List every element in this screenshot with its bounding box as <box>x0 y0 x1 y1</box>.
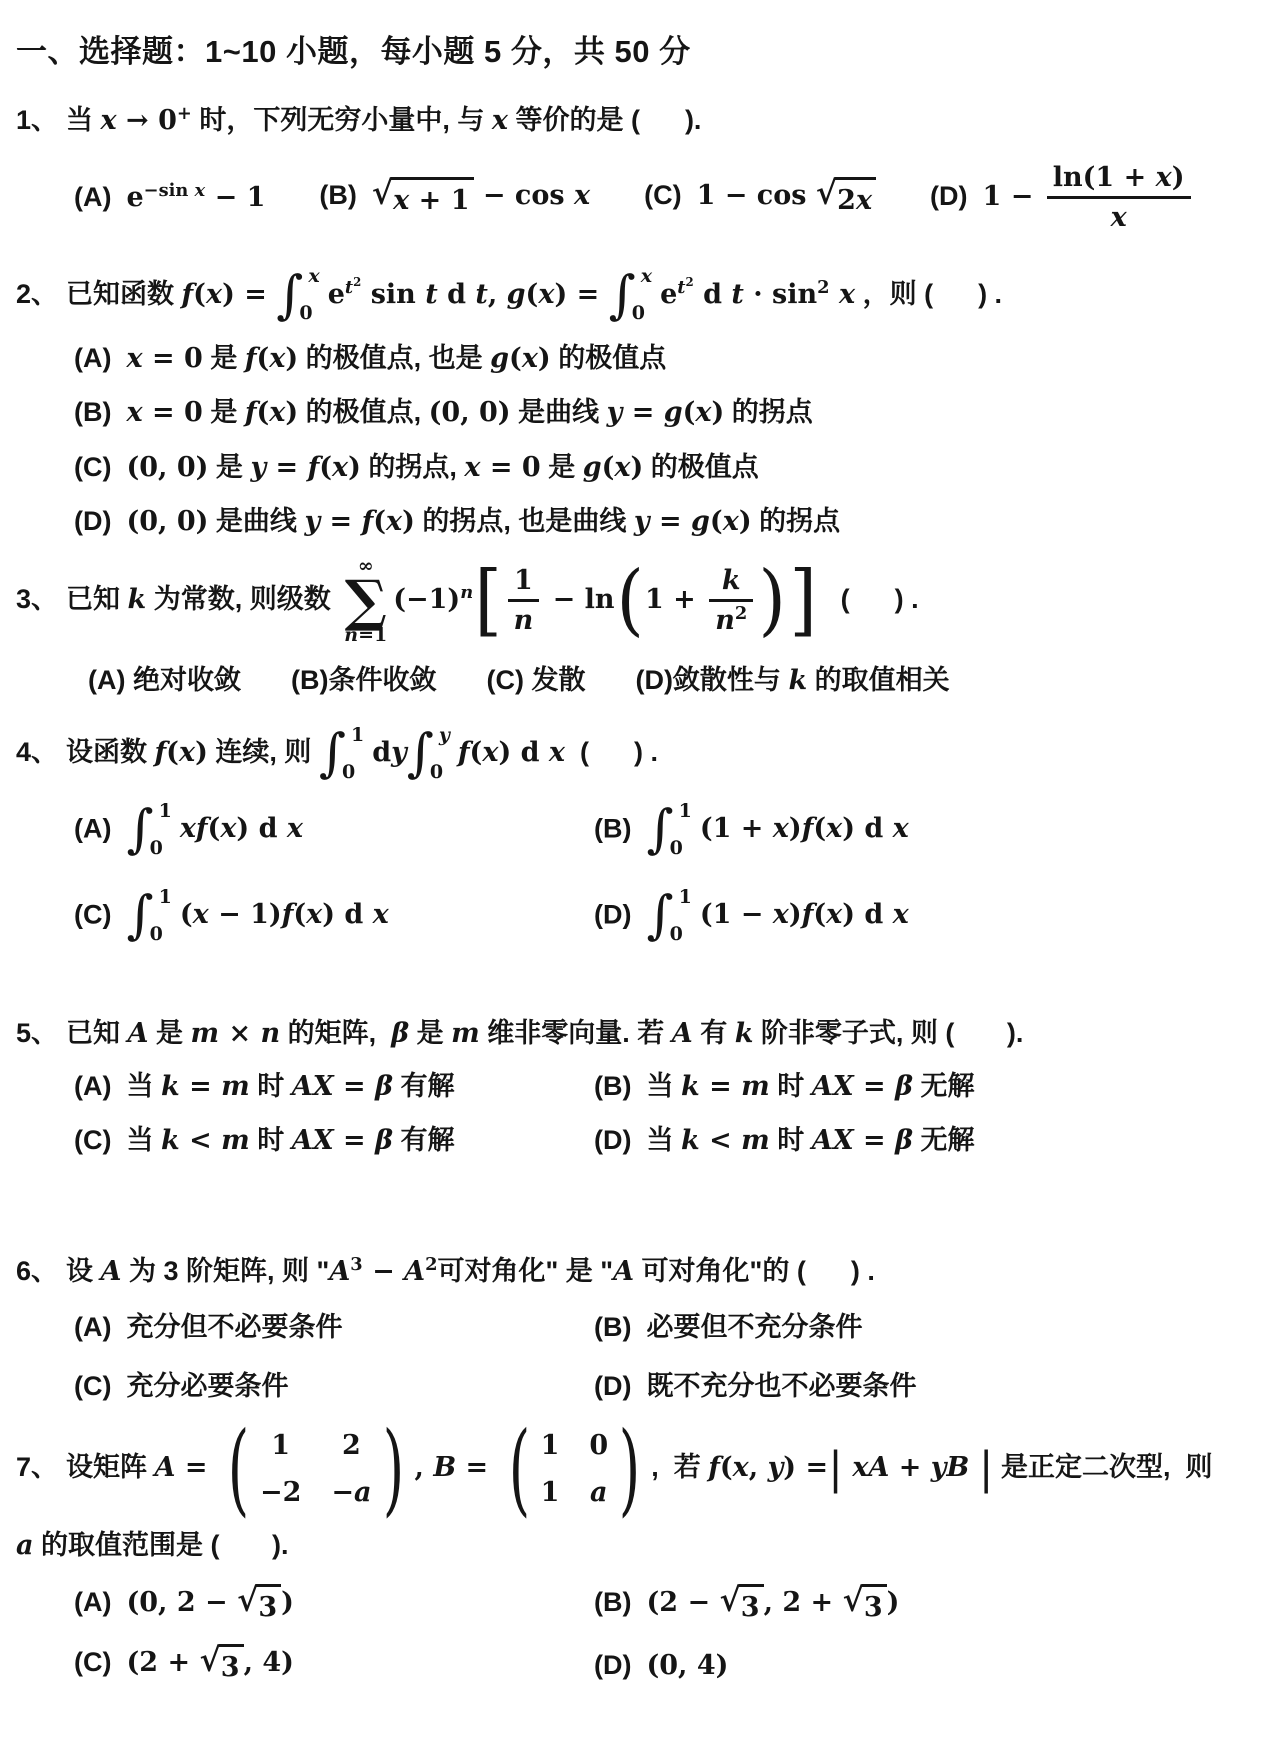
question-4-stem: 4、设函数 f(x) 连续, 则 ∫10dy∫y0f(x) d x ( ) . <box>16 724 1258 784</box>
question-2-text: 已知函数 f(x) = ∫x0et2 sin t d t, g(x) = ∫x0… <box>66 279 1002 309</box>
question-7-option-a: (A) (0, 2 − √3) <box>74 1583 594 1627</box>
question-5-option-b: (B) 当 k = m 时 AX = β 无解 <box>594 1067 1258 1106</box>
question-5-stem: 5、已知 A 是 m × n 的矩阵, β 是 m 维非零向量. 若 A 有 k… <box>16 1014 1258 1053</box>
question-1: 1、当 x → 0+ 时，下列无穷小量中, 与 x 等价的是 ( ). (A) … <box>16 101 1258 233</box>
question-4-option-a: (A) ∫10xf(x) d x <box>74 800 594 860</box>
question-2-option-a: (A) x = 0 是 f(x) 的极值点, 也是 g(x) 的极值点 <box>74 339 1258 378</box>
question-7-option-b: (B) (2 − √3, 2 + √3) <box>594 1583 1258 1627</box>
question-5-option-c: (C) 当 k < m 时 AX = β 有解 <box>74 1121 594 1160</box>
question-1-option-a: (A) e−sin x − 1 <box>74 178 265 217</box>
question-4-option-b: (B) ∫10(1 + x)f(x) d x <box>594 800 1258 860</box>
question-7-option-d: (D) (0, 4) <box>594 1646 1258 1685</box>
question-1-number: 1、 <box>16 105 58 135</box>
question-6-text: 设 A 为 3 阶矩阵, 则 "A3 − A2可对角化" 是 "A 可对角化"的… <box>66 1256 875 1286</box>
question-5-option-d: (D) 当 k < m 时 AX = β 无解 <box>594 1121 1258 1160</box>
question-3-number: 3、 <box>16 584 58 614</box>
question-5-options: (A) 当 k = m 时 AX = β 有解 (B) 当 k = m 时 AX… <box>16 1067 1258 1160</box>
question-3-option-c: (C) 发散 <box>486 661 585 700</box>
question-7-option-c: (C) (2 + √3, 4) <box>74 1643 594 1687</box>
question-2: 2、已知函数 f(x) = ∫x0et2 sin t d t, g(x) = ∫… <box>16 265 1258 541</box>
question-6-option-b: (B) 必要但不充分条件 <box>594 1308 1258 1347</box>
question-4-number: 4、 <box>16 737 58 767</box>
question-7-options: (A) (0, 2 − √3) (B) (2 − √3, 2 + √3) (C)… <box>16 1583 1258 1687</box>
question-3-text: 已知 k 为常数, 则级数 ∞∑n=1(−1)n[1n − ln(1 + kn2… <box>66 584 919 614</box>
question-1-option-d: (D) 1 − ln(1 + x)x <box>930 162 1194 233</box>
question-4: 4、设函数 f(x) 连续, 则 ∫10dy∫y0f(x) d x ( ) . … <box>16 724 1258 946</box>
question-5-text: 已知 A 是 m × n 的矩阵, β 是 m 维非零向量. 若 A 有 k 阶… <box>66 1018 1023 1048</box>
question-1-text: 当 x → 0+ 时，下列无穷小量中, 与 x 等价的是 ( ). <box>66 105 701 135</box>
question-3-option-b: (B)条件收敛 <box>291 661 436 700</box>
question-5: 5、已知 A 是 m × n 的矩阵, β 是 m 维非零向量. 若 A 有 k… <box>16 1014 1258 1160</box>
question-2-option-d: (D) (0, 0) 是曲线 y = f(x) 的拐点, 也是曲线 y = g(… <box>74 502 1258 541</box>
question-2-option-c: (C) (0, 0) 是 y = f(x) 的拐点, x = 0 是 g(x) … <box>74 448 1258 487</box>
question-7: 7、设矩阵 A = (12−2−a), B = (101a), 若 f(x, y… <box>16 1426 1258 1688</box>
question-5-option-a: (A) 当 k = m 时 AX = β 有解 <box>74 1067 594 1106</box>
question-3-stem: 3、已知 k 为常数, 则级数 ∞∑n=1(−1)n[1n − ln(1 + k… <box>16 557 1258 645</box>
question-4-option-c: (C) ∫10(x − 1)f(x) d x <box>74 886 594 946</box>
question-6-option-d: (D) 既不充分也不必要条件 <box>594 1367 1258 1406</box>
question-6-number: 6、 <box>16 1256 58 1286</box>
question-6-stem: 6、设 A 为 3 阶矩阵, 则 "A3 − A2可对角化" 是 "A 可对角化… <box>16 1252 1258 1291</box>
question-2-option-b: (B) x = 0 是 f(x) 的极值点, (0, 0) 是曲线 y = g(… <box>74 393 1258 432</box>
question-4-text: 设函数 f(x) 连续, 则 ∫10dy∫y0f(x) d x ( ) . <box>66 737 658 767</box>
question-7-stem: 7、设矩阵 A = (12−2−a), B = (101a), 若 f(x, y… <box>16 1426 1258 1512</box>
question-7-text: 设矩阵 A = (12−2−a), B = (101a), 若 f(x, y) … <box>66 1452 1213 1482</box>
question-4-options: (A) ∫10xf(x) d x (B) ∫10(1 + x)f(x) d x … <box>16 800 1258 946</box>
exam-page: 一、选择题：1~10 小题，每小题 5 分，共 50 分 1、当 x → 0+ … <box>16 26 1258 1687</box>
question-4-option-d: (D) ∫10(1 − x)f(x) d x <box>594 886 1258 946</box>
question-6-option-c: (C) 充分必要条件 <box>74 1367 594 1406</box>
question-1-option-b: (B) √x + 1 − cos x <box>319 176 590 220</box>
question-1-stem: 1、当 x → 0+ 时，下列无穷小量中, 与 x 等价的是 ( ). <box>16 101 1258 140</box>
section-header: 一、选择题：1~10 小题，每小题 5 分，共 50 分 <box>16 26 1258 71</box>
question-3-options: (A) 绝对收敛 (B)条件收敛 (C) 发散 (D)敛散性与 k 的取值相关 <box>16 661 1258 700</box>
question-6-option-a: (A) 充分但不必要条件 <box>74 1308 594 1347</box>
question-6-options: (A) 充分但不必要条件 (B) 必要但不充分条件 (C) 充分必要条件 (D)… <box>16 1308 1258 1406</box>
question-3: 3、已知 k 为常数, 则级数 ∞∑n=1(−1)n[1n − ln(1 + k… <box>16 557 1258 700</box>
question-2-options: (A) x = 0 是 f(x) 的极值点, 也是 g(x) 的极值点 (B) … <box>16 339 1258 541</box>
question-6: 6、设 A 为 3 阶矩阵, 则 "A3 − A2可对角化" 是 "A 可对角化… <box>16 1252 1258 1405</box>
question-2-stem: 2、已知函数 f(x) = ∫x0et2 sin t d t, g(x) = ∫… <box>16 265 1258 325</box>
question-2-number: 2、 <box>16 279 58 309</box>
question-7-stem-line2: a 的取值范围是 ( ). <box>16 1526 1258 1565</box>
question-7-number: 7、 <box>16 1452 58 1482</box>
question-1-options: (A) e−sin x − 1 (B) √x + 1 − cos x (C) 1… <box>16 162 1258 233</box>
question-5-number: 5、 <box>16 1018 58 1048</box>
question-3-option-a: (A) 绝对收敛 <box>88 661 241 700</box>
question-3-option-d: (D)敛散性与 k 的取值相关 <box>635 661 949 700</box>
question-1-option-c: (C) 1 − cos √2x <box>644 176 876 220</box>
